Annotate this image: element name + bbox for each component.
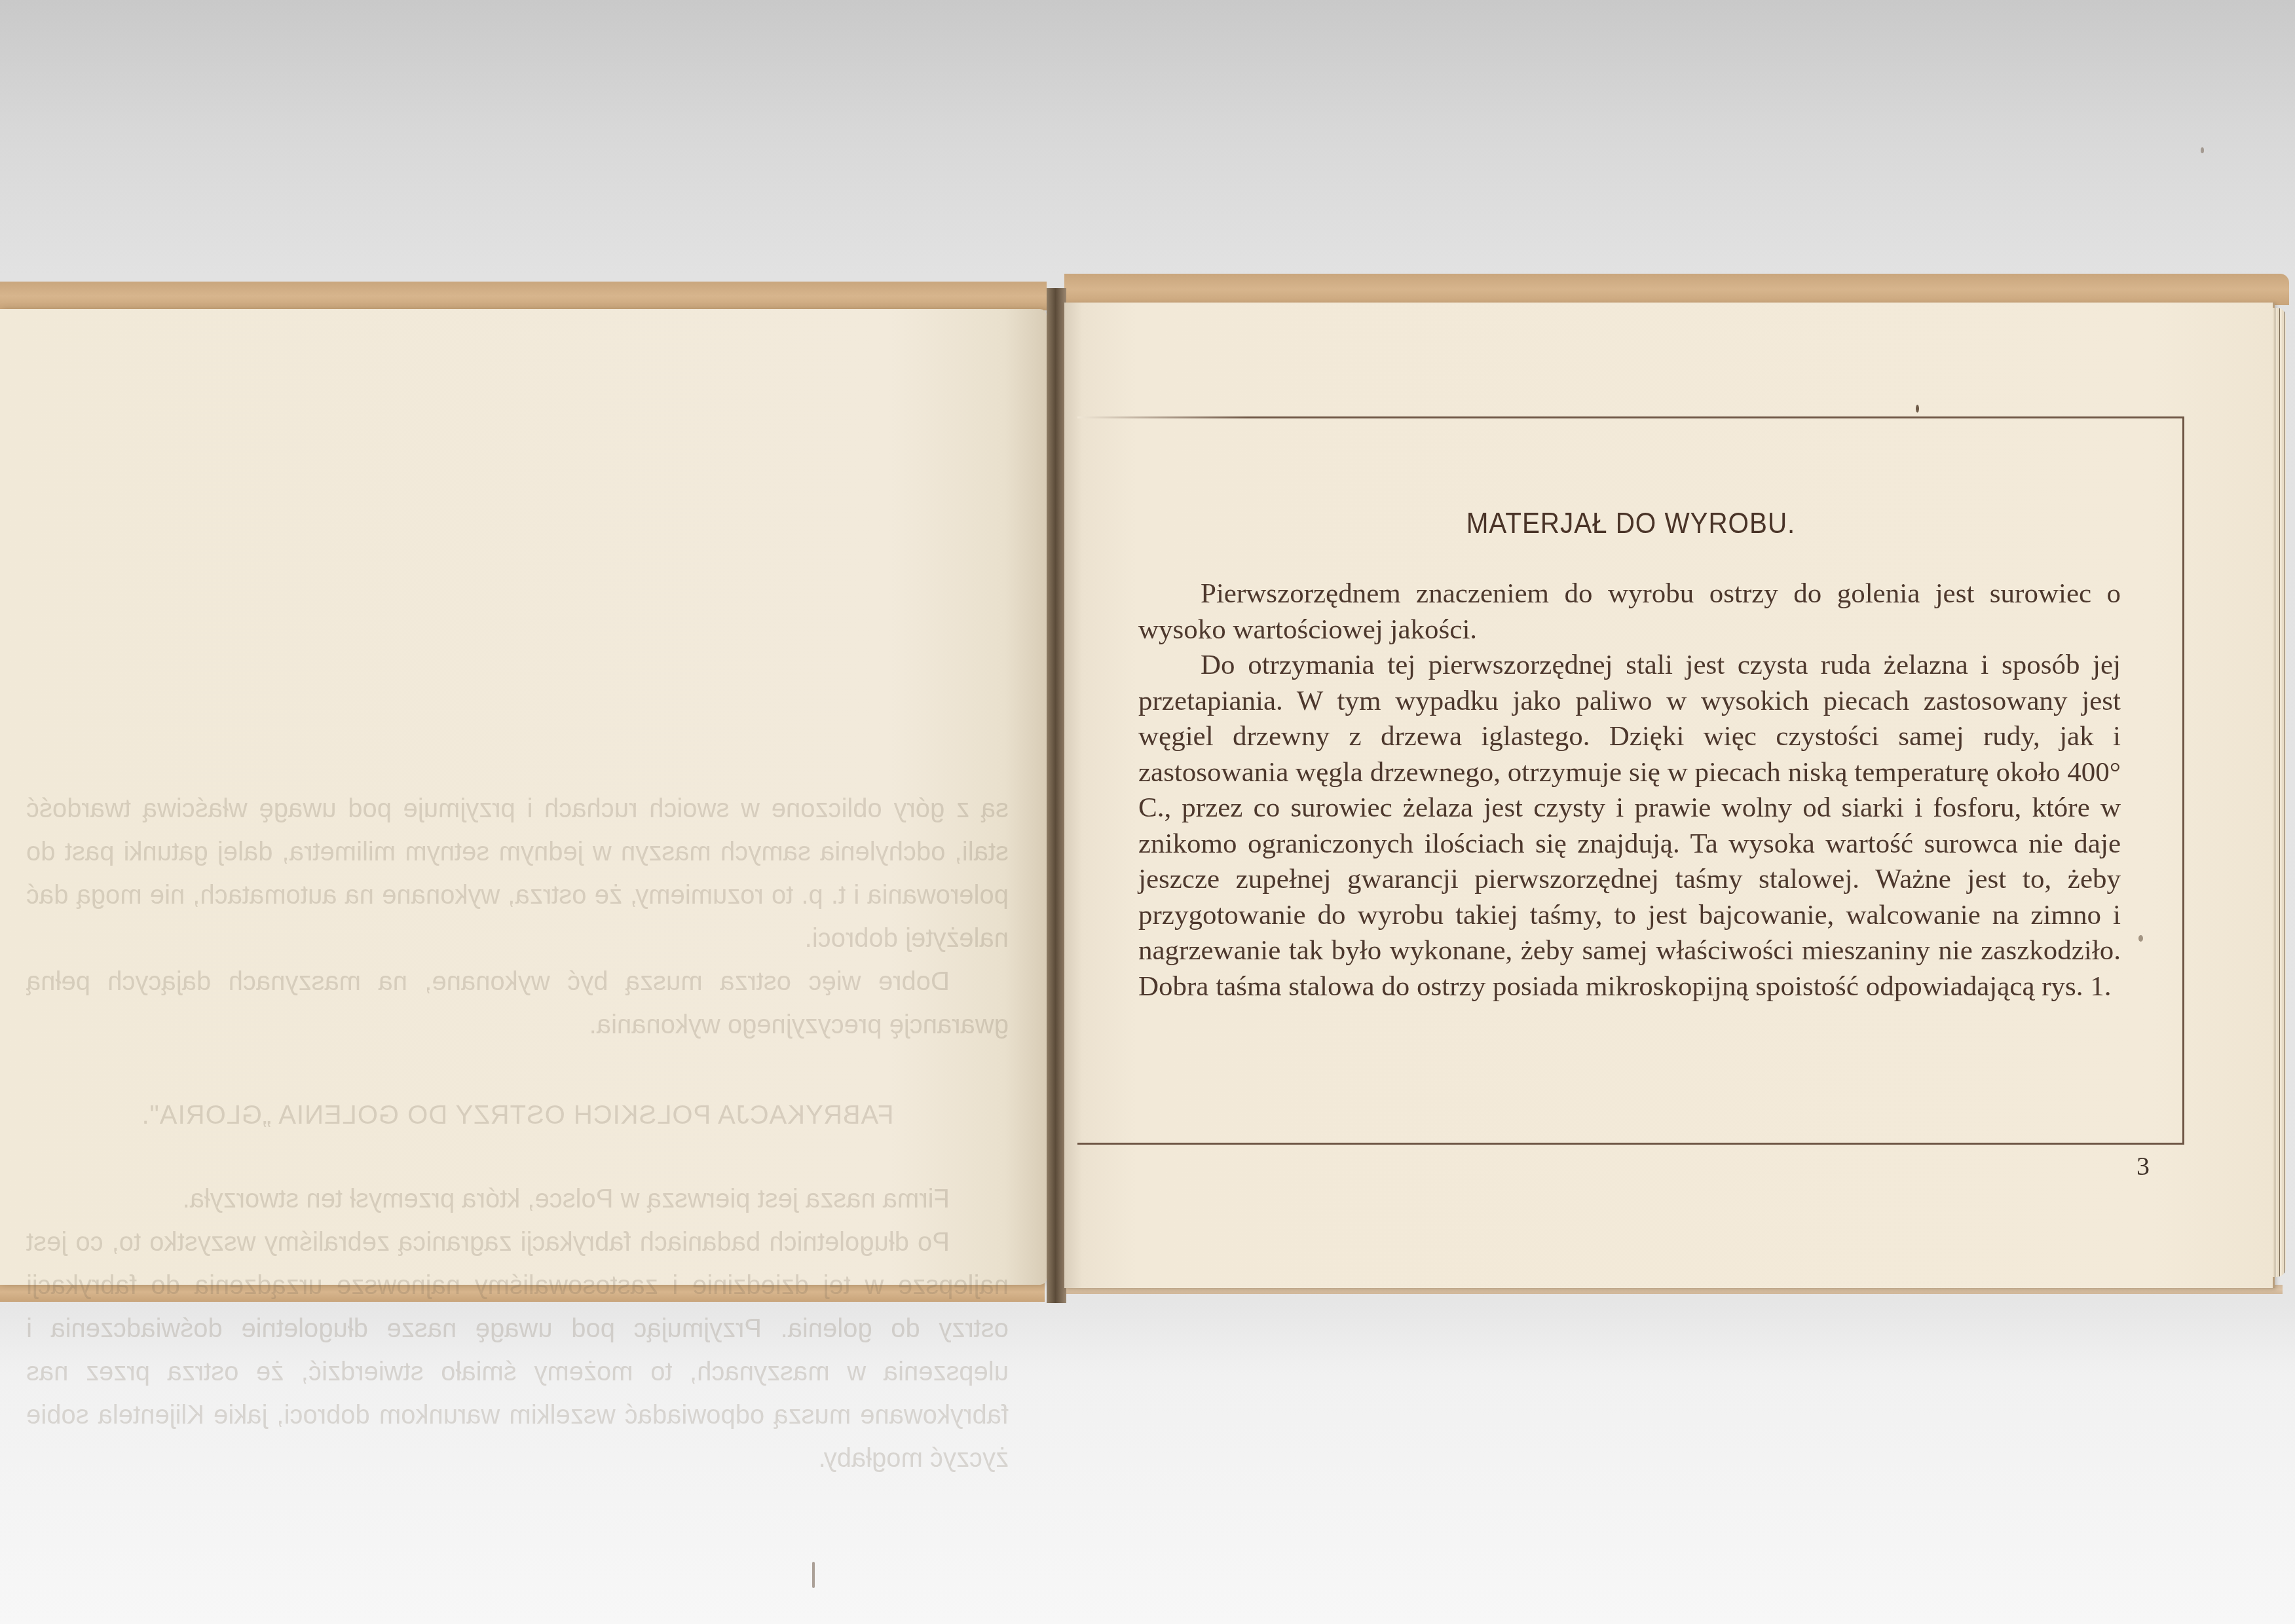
page-number: 3 xyxy=(2136,1151,2150,1181)
page-stack-edge xyxy=(2273,308,2286,1277)
dust-speck xyxy=(2201,147,2204,153)
left-page: są z góry obliczone w swoich ruchach i p… xyxy=(0,309,1047,1285)
cover-top-right xyxy=(1064,274,2289,305)
book-spine xyxy=(1047,288,1066,1303)
paragraph: Do otrzymania tej pierwszorzędnej stali … xyxy=(1138,648,2121,1005)
body-text: Pierwszorzędnem znaczeniem do wyrobu ost… xyxy=(1138,576,2121,1005)
cover-top-left xyxy=(0,282,1047,310)
page-heading: MATERJAŁ DO WYROBU. xyxy=(1122,507,2140,540)
bleed-paragraph: Firma nasza jest pierwszą w Polsce, któr… xyxy=(26,1177,1009,1221)
dust-speck xyxy=(812,1562,815,1588)
dust-speck xyxy=(1916,405,1919,413)
bleed-paragraph: Dobre więc ostrza muszą być wykonane, na… xyxy=(26,960,1009,1046)
bleed-heading: FABRYKACJA POLSKICH OSTRZY DO GOLENIA „G… xyxy=(26,1094,1009,1137)
bleed-through-text: są z góry obliczone w swoich ruchach i p… xyxy=(26,787,1009,1480)
bleed-paragraph: Po długoletnich badaniach fabrykacji zag… xyxy=(26,1221,1009,1480)
dust-speck xyxy=(2138,935,2143,942)
bleed-paragraph: są z góry obliczone w swoich ruchach i p… xyxy=(26,787,1009,960)
paragraph: Pierwszorzędnem znaczeniem do wyrobu ost… xyxy=(1138,576,2121,648)
